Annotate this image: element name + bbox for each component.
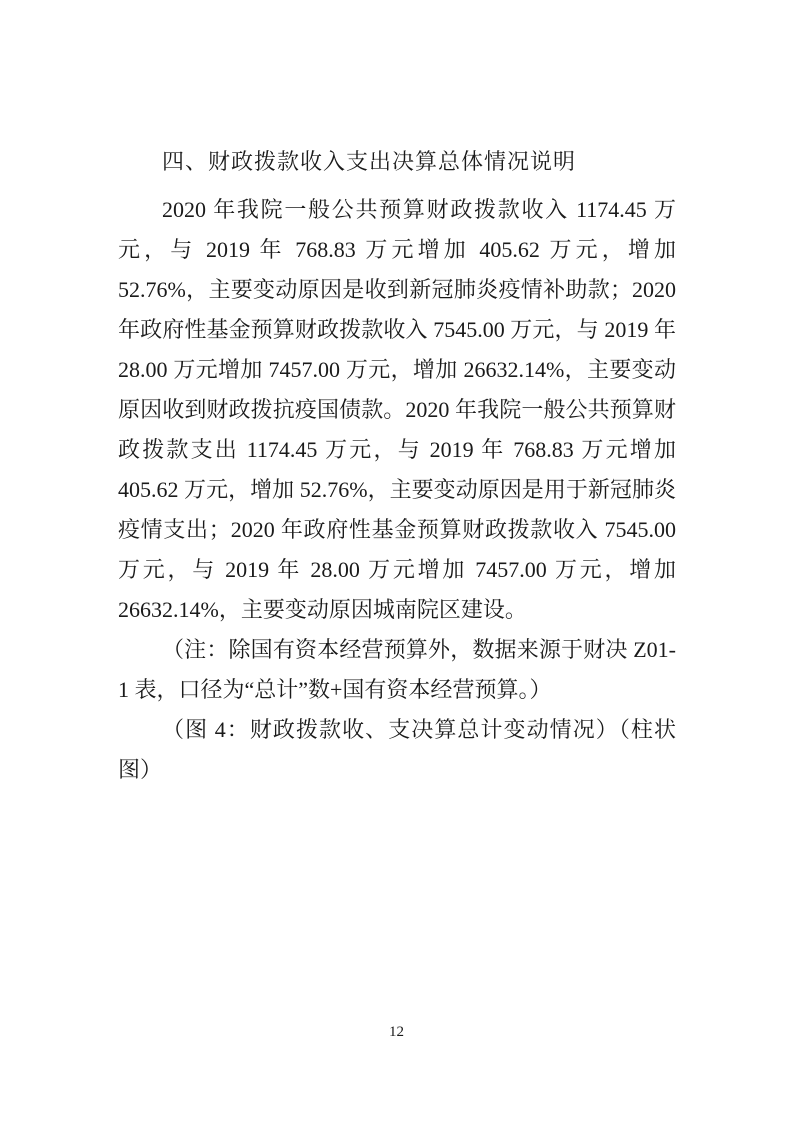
body-paragraph: 2020 年我院一般公共预算财政拨款收入 1174.45 万元，与 2019 年…: [118, 190, 676, 630]
note-paragraph: （注：除国有资本经营预算外，数据来源于财决 Z01-1 表，口径为“总计”数+国…: [118, 630, 676, 710]
document-content: 四、财政拨款收入支出决算总体情况说明 2020 年我院一般公共预算财政拨款收入 …: [118, 142, 676, 790]
section-heading: 四、财政拨款收入支出决算总体情况说明: [118, 142, 676, 182]
page-number: 12: [0, 1022, 793, 1042]
figure-caption: （图 4：财政拨款收、支决算总计变动情况）（柱状图）: [118, 710, 676, 790]
document-page: 四、财政拨款收入支出决算总体情况说明 2020 年我院一般公共预算财政拨款收入 …: [0, 0, 793, 1122]
